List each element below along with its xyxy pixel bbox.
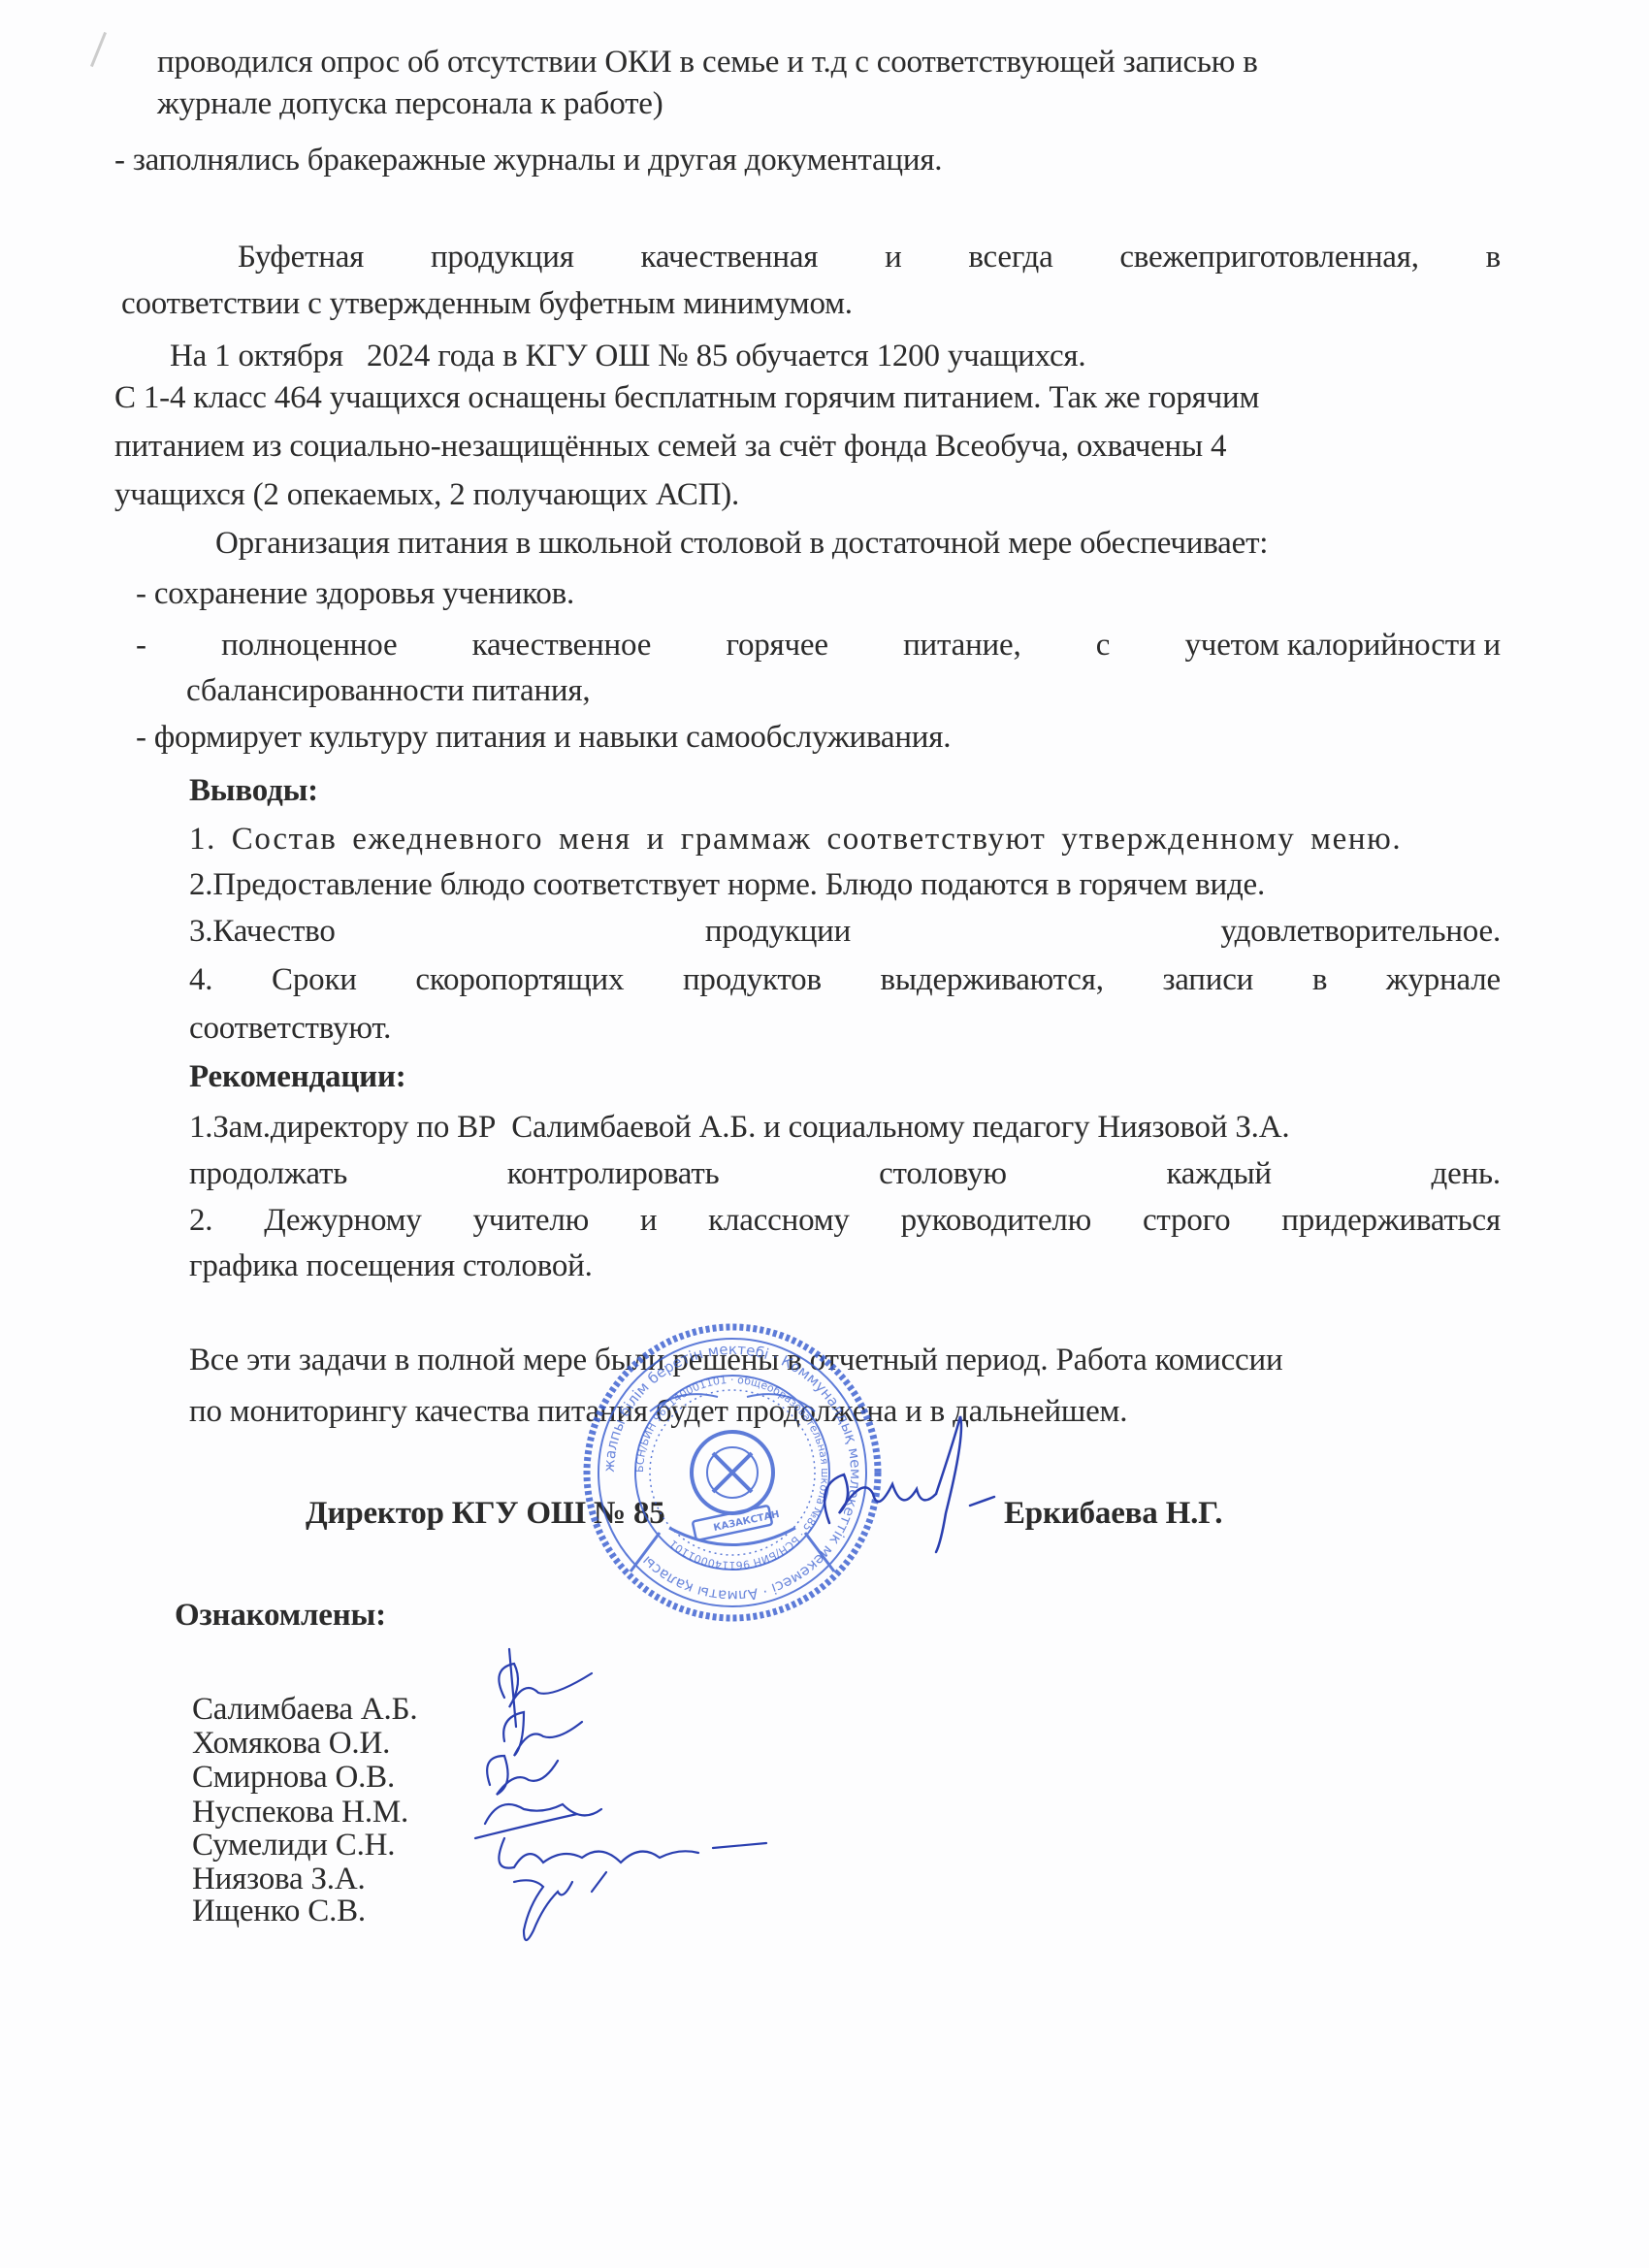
director-name: Еркибаева Н.Г. bbox=[1004, 1494, 1222, 1533]
acknowledged-name: Сумелиди С.Н. bbox=[192, 1826, 395, 1864]
svg-text:КАЗАКСТАН: КАЗАКСТАН bbox=[713, 1509, 781, 1534]
enrollment-line-2: С 1-4 класс 464 учащихся оснащены беспла… bbox=[114, 378, 1259, 417]
svg-text:жалпы білім беретін мектебі ·: жалпы білім беретін мектебі · Коммуналды… bbox=[600, 1341, 864, 1604]
word: с bbox=[1096, 626, 1110, 664]
word: удовлетворительное. bbox=[1220, 912, 1501, 951]
closing-line-2: по мониторингу качества питания будет пр… bbox=[189, 1392, 1127, 1431]
acknowledged-name: Хомякова О.И. bbox=[192, 1724, 390, 1763]
intro-line-2: журнале допуска персонала к работе) bbox=[157, 84, 663, 123]
intro-line-3: - заполнялись бракеражные журналы и друг… bbox=[114, 141, 942, 179]
enrollment-line-4: учащихся (2 опекаемых, 2 получающих АСП)… bbox=[114, 475, 739, 514]
word: строго bbox=[1143, 1201, 1231, 1240]
word: в bbox=[1486, 238, 1501, 276]
organization-item-3: - формирует культуру питания и навыки са… bbox=[136, 718, 951, 757]
word: полноценное bbox=[221, 626, 397, 664]
buffet-line-1: Буфетная продукция качественная и всегда… bbox=[238, 238, 1501, 276]
word: записи bbox=[1162, 960, 1253, 999]
word: учетом калорийности и bbox=[1185, 626, 1501, 664]
closing-line-1: Все эти задачи в полной мере были решены… bbox=[189, 1341, 1282, 1379]
word: руководителю bbox=[901, 1201, 1092, 1240]
word: свежеприготовленная, bbox=[1119, 238, 1418, 276]
recommendation-item-1: 1.Зам.директору по ВР Салимбаевой А.Б. и… bbox=[189, 1108, 1289, 1147]
word: журнале bbox=[1386, 960, 1501, 999]
director-signature-icon bbox=[824, 1416, 994, 1552]
intro-line-1: проводился опрос об отсутствии ОКИ в сем… bbox=[157, 43, 1501, 81]
buffet-line-2: соответствии с утвержденным буфетным мин… bbox=[121, 284, 853, 323]
word: классному bbox=[708, 1201, 850, 1240]
word: качественная bbox=[640, 238, 818, 276]
word: продукции bbox=[705, 912, 851, 951]
recommendation-item-2: 2. Дежурному учителю и классному руковод… bbox=[189, 1201, 1501, 1240]
word: питание, bbox=[903, 626, 1020, 664]
director-position: Директор КГУ ОШ № 85 bbox=[306, 1494, 665, 1533]
enrollment-line-3: питанием из социально-незащищённых семей… bbox=[114, 427, 1226, 466]
word: продуктов bbox=[683, 960, 822, 999]
word: выдерживаются, bbox=[881, 960, 1104, 999]
enrollment-line-1: На 1 октября 2024 года в КГУ ОШ № 85 обу… bbox=[170, 337, 1085, 375]
word: и bbox=[640, 1201, 657, 1240]
word: продолжать bbox=[189, 1154, 347, 1193]
word: в bbox=[1312, 960, 1327, 999]
conclusions-heading: Выводы: bbox=[189, 771, 318, 810]
word: каждый bbox=[1166, 1154, 1271, 1193]
stamp-ring-text: жалпы білім беретін мектебі · Коммуналды… bbox=[600, 1341, 864, 1604]
scan-edge-mark bbox=[90, 32, 107, 67]
word: 3.Качество bbox=[189, 912, 336, 951]
conclusion-item-2: 2.Предоставление блюдо соответствует нор… bbox=[189, 865, 1501, 904]
recommendation-item-2-cont: графика посещения столовой. bbox=[189, 1247, 593, 1285]
conclusion-text: 1. Состав ежедневного меня и граммаж соо… bbox=[189, 820, 1402, 859]
recommendation-item-1-cont: продолжать контролировать столовую кажды… bbox=[189, 1154, 1501, 1193]
organization-intro: Организация питания в школьной столовой … bbox=[215, 524, 1268, 563]
conclusion-item-1: 1. Состав ежедневного меня и граммаж соо… bbox=[189, 820, 1501, 859]
word: - bbox=[136, 626, 146, 664]
word: учителю bbox=[473, 1201, 590, 1240]
organization-item-2-cont: сбалансированности питания, bbox=[186, 671, 590, 710]
acknowledgment-signatures-icon bbox=[475, 1649, 766, 1940]
conclusion-item-3: 3.Качество продукции удовлетворительное. bbox=[189, 912, 1501, 951]
word: придерживаться bbox=[1281, 1201, 1501, 1240]
word: столовую bbox=[879, 1154, 1007, 1193]
word: день. bbox=[1432, 1154, 1501, 1193]
word: Буфетная bbox=[238, 238, 364, 276]
word: контролировать bbox=[507, 1154, 720, 1193]
organization-item-1: - сохранение здоровья учеников. bbox=[136, 574, 574, 613]
word: 4. bbox=[189, 960, 212, 999]
recommendations-heading: Рекомендации: bbox=[189, 1057, 406, 1096]
word: скоропортящих bbox=[415, 960, 624, 999]
word: 2. bbox=[189, 1201, 212, 1240]
word: горячее bbox=[726, 626, 827, 664]
acknowledged-name: Смирнова О.В. bbox=[192, 1758, 395, 1797]
conclusion-item-4: 4. Сроки скоропортящих продуктов выдержи… bbox=[189, 960, 1501, 999]
word: продукция bbox=[431, 238, 574, 276]
organization-item-2: - полноценное качественное горячее питан… bbox=[136, 626, 1501, 664]
acknowledged-name: Ищенко С.В. bbox=[192, 1892, 366, 1930]
acknowledged-name: Салимбаева А.Б. bbox=[192, 1690, 417, 1729]
acknowledged-heading: Ознакомлены: bbox=[175, 1596, 386, 1635]
word: Дежурному bbox=[264, 1201, 421, 1240]
word: качественное bbox=[472, 626, 652, 664]
word: и bbox=[885, 238, 901, 276]
word: всегда bbox=[968, 238, 1052, 276]
word: Сроки bbox=[272, 960, 357, 999]
conclusion-item-4-cont: соответствуют. bbox=[189, 1009, 391, 1048]
